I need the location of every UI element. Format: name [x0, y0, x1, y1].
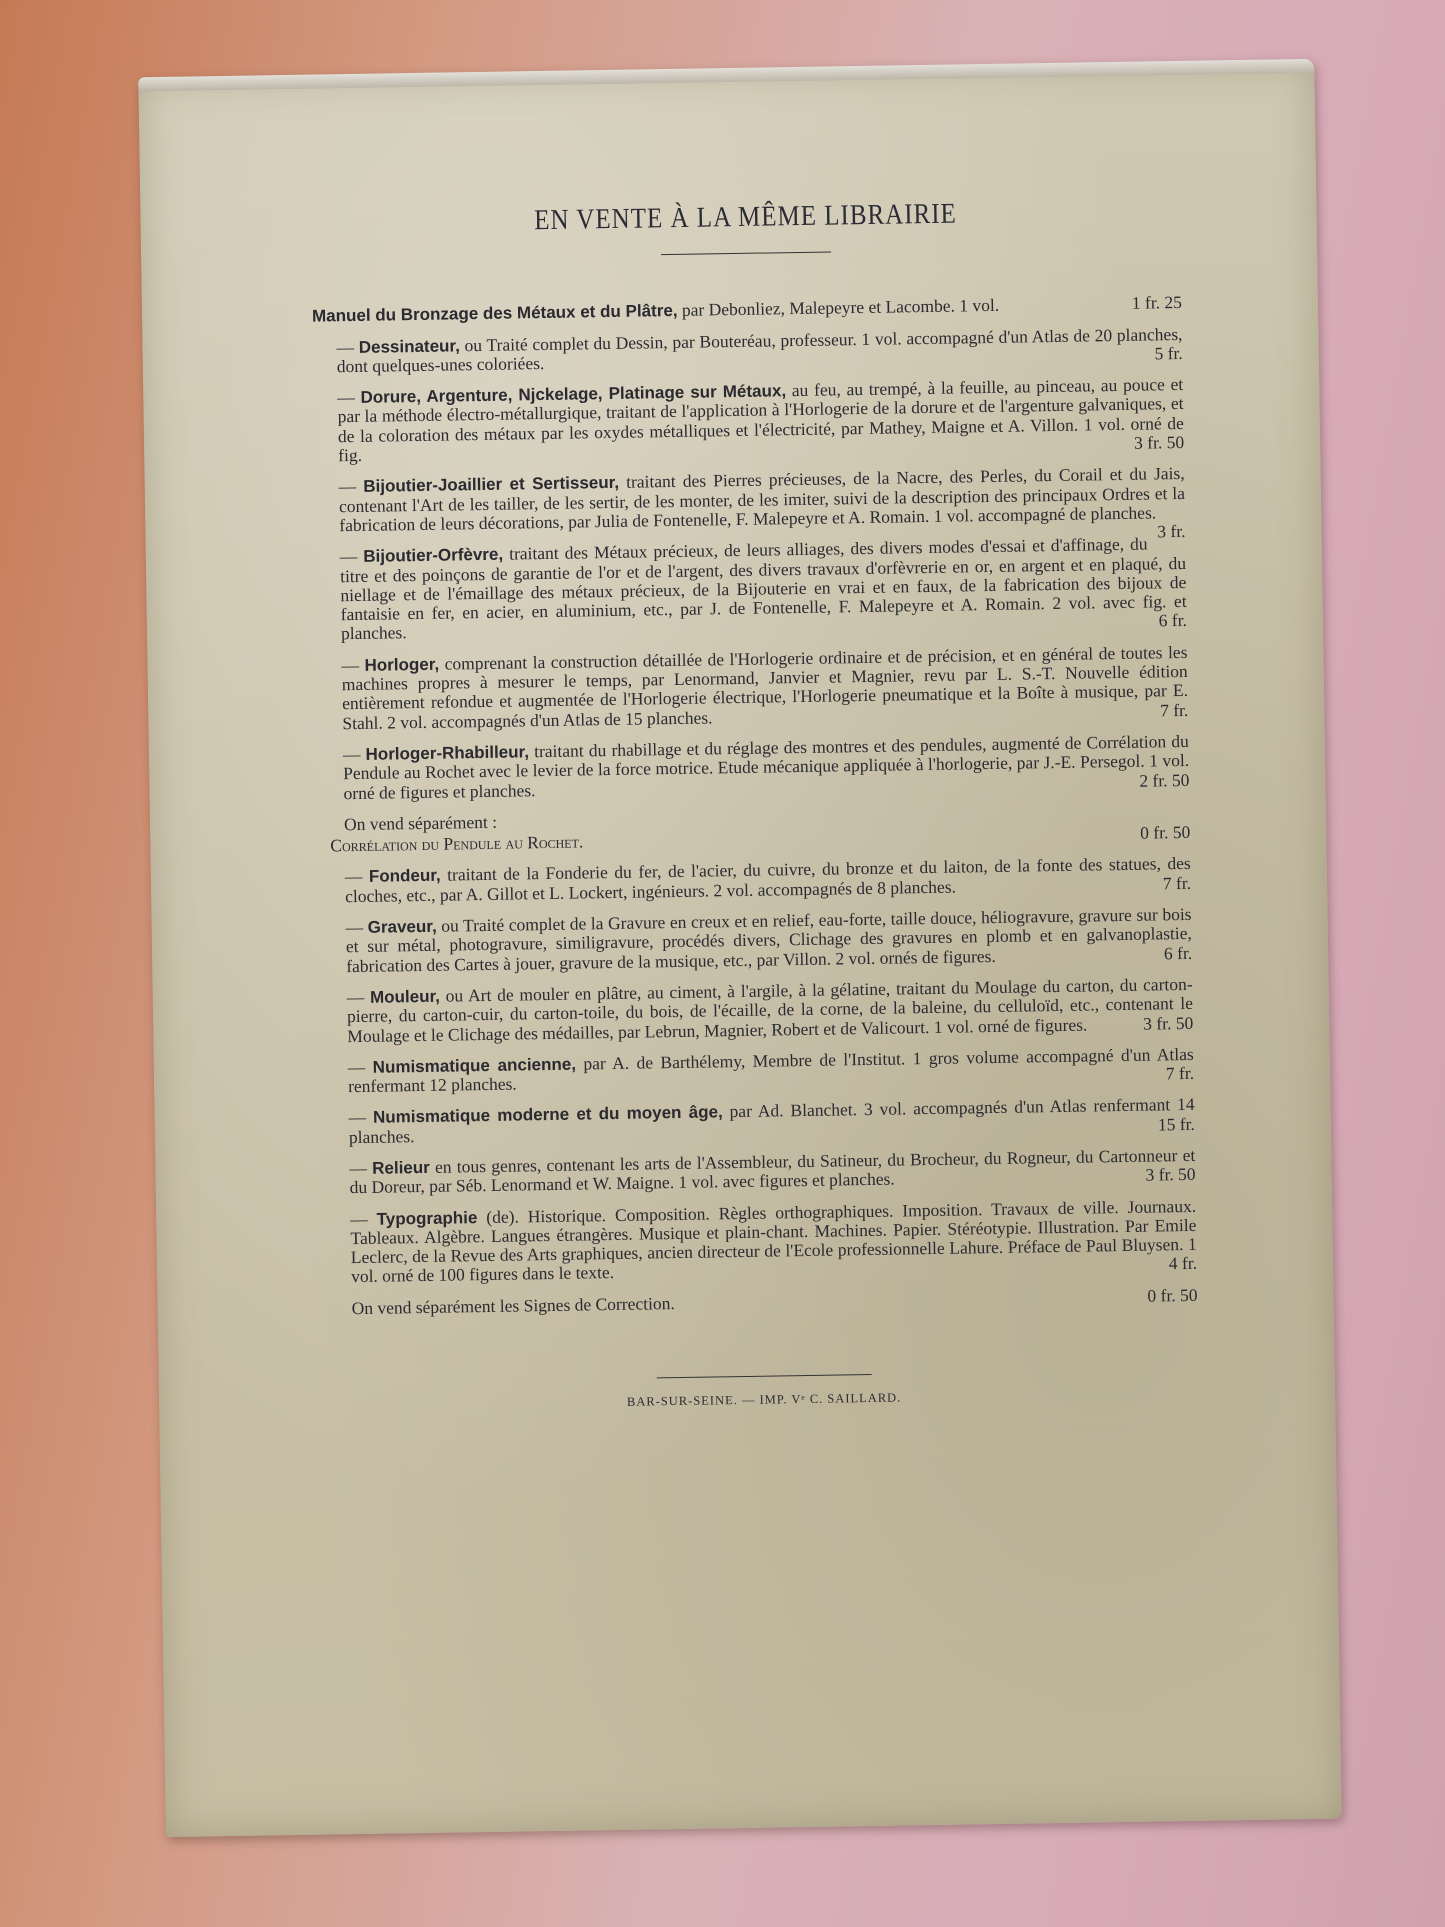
- catalog-entry: — Mouleur, ou Art de mouler en plâtre, a…: [323, 975, 1194, 1047]
- catalog-entry: — Horloger-Rhabilleur, traitant du rhabi…: [319, 732, 1190, 804]
- entry-heading: Graveur,: [368, 917, 437, 937]
- entry-price: 7 fr.: [1163, 874, 1192, 894]
- catalog-entry: — Bijoutier-Orfèvre, traitant des Métaux…: [316, 534, 1187, 644]
- entry-dash: —: [350, 1208, 377, 1228]
- catalog-entry: — Horloger, comprenant la construction d…: [317, 643, 1188, 734]
- entry-heading: Dessinateur,: [359, 336, 460, 357]
- entry-description: ou Art de mouler en plâtre, au ciment, à…: [347, 974, 1193, 1046]
- entry-dash: —: [341, 655, 364, 675]
- separate-sale-price: 0 fr. 50: [1140, 823, 1190, 843]
- entry-heading: Relieur: [372, 1158, 430, 1178]
- entry-price: 3 fr. 50: [1134, 433, 1184, 453]
- entry-dash: —: [336, 337, 359, 357]
- catalog-entry: — Dorure, Argenture, Njckelage, Platinag…: [313, 375, 1184, 466]
- catalog-entry: — Typographie (de). Historique. Composit…: [326, 1196, 1197, 1287]
- entry-heading: Mouleur,: [370, 987, 440, 1007]
- footer-rule: [656, 1374, 871, 1378]
- catalog-entry: — Numismatique ancienne, par A. de Barth…: [324, 1045, 1194, 1097]
- entry-dash: —: [340, 546, 364, 566]
- entry-heading: Horloger,: [364, 654, 439, 674]
- entry-price: 1 fr. 25: [1132, 293, 1182, 313]
- entry-price: 6 fr.: [1159, 611, 1188, 631]
- catalog-entry: — Graveur, ou Traité complet de la Gravu…: [321, 905, 1192, 977]
- entry-dash: —: [337, 387, 361, 407]
- entry-description: en tous genres, contenant les arts de l'…: [350, 1145, 1196, 1198]
- entry-heading: Numismatique moderne et du moyen âge,: [373, 1103, 723, 1127]
- entry-price: 7 fr.: [1160, 701, 1189, 721]
- catalog-content: EN VENTE À LA MÊME LIBRAIRIE Manuel du B…: [310, 201, 1199, 1417]
- entry-dash: —: [343, 744, 366, 764]
- entry-dash: —: [348, 1057, 373, 1077]
- entry-price: 7 fr.: [1166, 1064, 1195, 1084]
- entry-dash: —: [339, 476, 364, 496]
- signes-correction-text: On vend séparément les Signes de Correct…: [351, 1294, 674, 1318]
- catalog-entry: — Bijoutier-Joaillier et Sertisseur, tra…: [315, 464, 1186, 536]
- entry-dash: —: [348, 1107, 373, 1127]
- entry-description: par Debonliez, Malepeyre et Lacombe. 1 v…: [677, 295, 999, 320]
- entry-price: 4 fr.: [1169, 1254, 1198, 1274]
- entry-heading: Typographie: [376, 1208, 477, 1229]
- catalog-entry: — Numismatique moderne et du moyen âge, …: [324, 1095, 1194, 1147]
- catalog-list: Manuel du Bronzage des Métaux et du Plât…: [312, 293, 1190, 803]
- entry-heading: Fondeur,: [369, 866, 441, 886]
- entry-description: traitant de la Fonderie du fer, de l'aci…: [345, 853, 1191, 906]
- title-rule: [661, 252, 831, 256]
- signes-correction-note: On vend séparément les Signes de Correct…: [327, 1286, 1197, 1319]
- entry-dash: —: [347, 987, 371, 1007]
- entry-price: 3 fr. 50: [1143, 1013, 1193, 1033]
- entry-price: 15 fr.: [1158, 1115, 1195, 1135]
- entry-price: 2 fr. 50: [1139, 770, 1189, 790]
- separate-sale-title: Corrélation du Pendule au Rochet.: [330, 833, 583, 856]
- printer-imprint: BAR-SUR-SEINE. — IMP. Vᵉ C. SAILLARD.: [329, 1384, 1199, 1417]
- entry-description: ou Traité complet du Dessin, par Bouteré…: [337, 324, 1183, 377]
- book-back-cover: EN VENTE À LA MÊME LIBRAIRIE Manuel du B…: [138, 59, 1341, 1837]
- signes-correction-price: 0 fr. 50: [1147, 1286, 1197, 1306]
- entry-description: traitant des Pierres précieuses, de la N…: [339, 463, 1185, 535]
- entry-description: ou Traité complet de la Gravure en creux…: [346, 904, 1192, 976]
- entry-heading: Numismatique ancienne,: [373, 1054, 577, 1076]
- entry-description: traitant du rhabillage et du réglage des…: [343, 731, 1189, 803]
- entry-dash: —: [349, 1158, 372, 1178]
- catalog-list-continued: — Fondeur, traitant de la Fonderie du fe…: [321, 854, 1197, 1287]
- entry-price: 3 fr. 50: [1145, 1165, 1195, 1185]
- catalog-entry: — Dessinateur, ou Traité complet du Dess…: [312, 325, 1182, 377]
- entry-dash: —: [345, 917, 367, 937]
- entry-heading: Manuel du Bronzage des Métaux et du Plât…: [312, 301, 678, 326]
- catalog-entry: — Fondeur, traitant de la Fonderie du fe…: [321, 854, 1191, 906]
- entry-dash: —: [345, 866, 369, 886]
- entry-price: 6 fr.: [1164, 944, 1193, 964]
- entry-description: (de). Historique. Composition. Règles or…: [350, 1195, 1197, 1286]
- catalog-entry: Manuel du Bronzage des Métaux et du Plât…: [312, 293, 1182, 326]
- entry-price: 5 fr.: [1154, 344, 1183, 364]
- catalog-entry: — Relieur en tous genres, contenant les …: [325, 1146, 1195, 1198]
- page-title: EN VENTE À LA MÊME LIBRAIRIE: [310, 200, 1180, 236]
- entry-description: comprenant la construction détaillée de …: [342, 642, 1189, 733]
